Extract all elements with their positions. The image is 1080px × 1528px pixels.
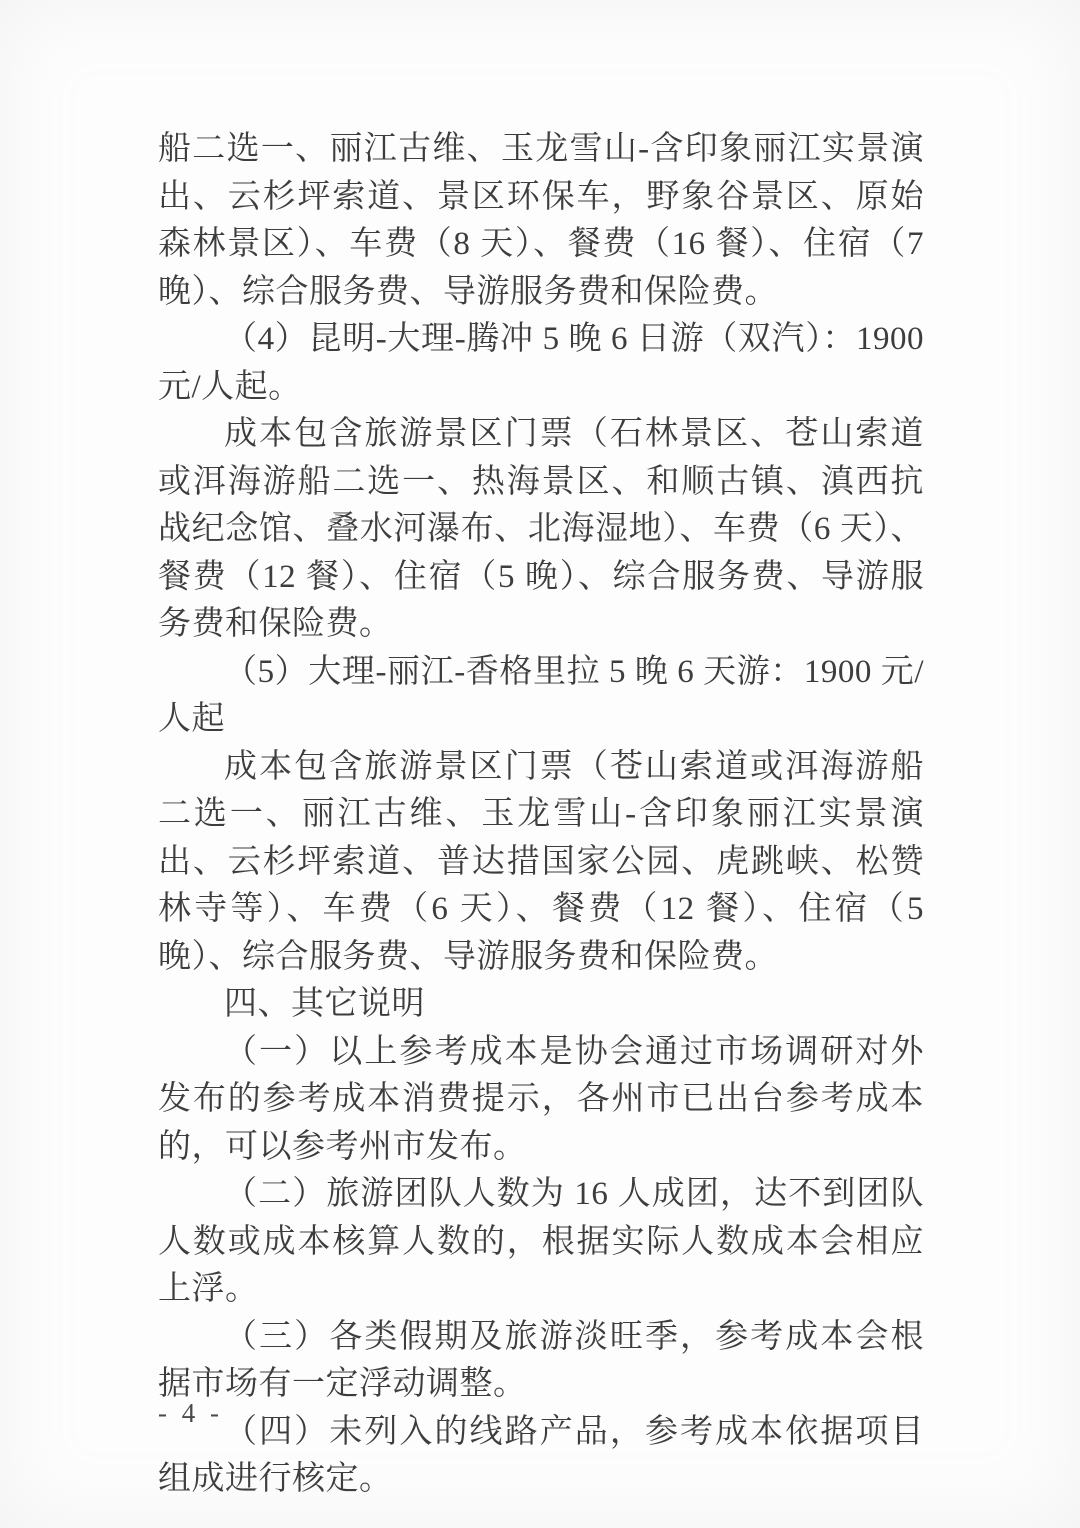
document-body: 船二选一、丽江古维、玉龙雪山-含印象丽江实景演出、云杉坪索道、景区环保车，野象谷… (158, 126, 924, 1504)
paragraph-cost-details-4: 成本包含旅游景区门票（石林景区、苍山索道或洱海游船二选一、热海景区、和顺古镇、滇… (158, 411, 924, 649)
paragraph-note-3: （三）各类假期及旅游淡旺季，参考成本会根据市场有一定浮动调整。 (158, 1314, 924, 1409)
paragraph-item-4: （4）昆明-大理-腾冲 5 晚 6 日游（双汽）：1900 元/人起。 (158, 316, 924, 411)
paragraph-note-2: （二）旅游团队人数为 16 人成团，达不到团队人数或成本核算人数的，根据实际人数… (158, 1171, 924, 1314)
paragraph-note-1: （一）以上参考成本是协会通过市场调研对外发布的参考成本消费提示，各州市已出台参考… (158, 1029, 924, 1172)
paragraph-item-5: （5）大理-丽江-香格里拉 5 晚 6 天游：1900 元/人起 (158, 649, 924, 744)
page-number: - 4 - (158, 1398, 223, 1429)
paragraph-continuation: 船二选一、丽江古维、玉龙雪山-含印象丽江实景演出、云杉坪索道、景区环保车，野象谷… (158, 126, 924, 316)
paragraph-note-4: （四）未列入的线路产品，参考成本依据项目组成进行核定。 (158, 1409, 924, 1504)
paragraph-cost-details-5: 成本包含旅游景区门票（苍山索道或洱海游船二选一、丽江古维、玉龙雪山-含印象丽江实… (158, 744, 924, 982)
section-heading-other-notes: 四、其它说明 (158, 981, 924, 1029)
document-page: 船二选一、丽江古维、玉龙雪山-含印象丽江实景演出、云杉坪索道、景区环保车，野象谷… (0, 0, 1080, 1528)
